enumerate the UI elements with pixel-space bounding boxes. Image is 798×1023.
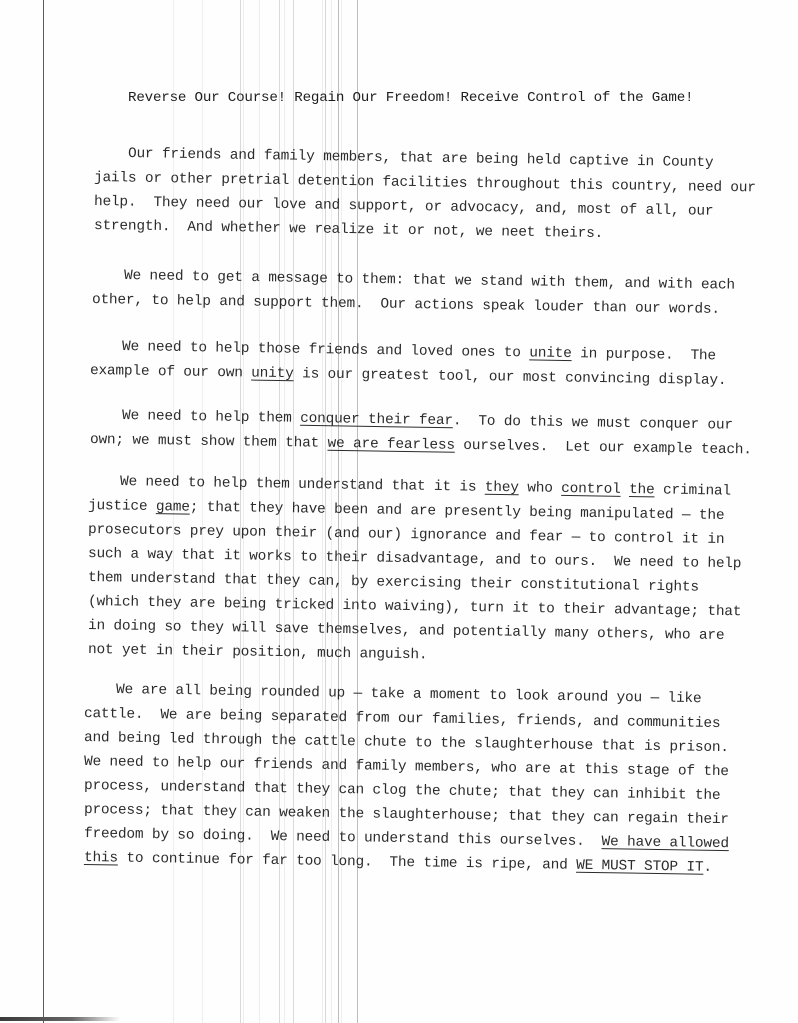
text-line: prosecutors prey upon their (and our) ig… — [88, 522, 725, 548]
text-span: own; we must show them that — [90, 432, 328, 452]
text-span: help. They need our love and support, or… — [94, 194, 714, 220]
text-span: to continue for far too long. The time i… — [118, 851, 576, 874]
underlined-text: conquer their fear — [300, 411, 453, 429]
text-span: example of our own — [90, 363, 251, 382]
text-line: them understand that they can, by exerci… — [88, 570, 699, 596]
text-span: criminal — [654, 482, 731, 499]
text-line: not yet in their position, much anguish. — [88, 642, 428, 663]
text-span: ourselves. Let our example teach. — [455, 438, 752, 459]
text-span: jails or other pretrial detention facili… — [94, 170, 756, 196]
text-line: justice game; that they have been and ar… — [88, 498, 725, 524]
text-span: process, understand that they can clog t… — [84, 778, 721, 804]
underlined-text: We have allowed — [601, 834, 729, 852]
text-span: and being led through the cattle chute t… — [84, 730, 729, 756]
text-span: who — [519, 480, 562, 497]
text-span: process; that they can weaken the slaugh… — [84, 802, 729, 828]
text-span: in doing so they will save themselves, a… — [88, 618, 725, 644]
scan-smudge — [0, 1017, 120, 1021]
text-line: process; that they can weaken the slaugh… — [84, 802, 729, 828]
underlined-text: they — [485, 480, 519, 497]
text-span: other, to help and support them. Our act… — [92, 292, 720, 318]
text-line: cattle. We are being separated from our … — [84, 706, 721, 732]
text-span: We need to help them understand that it … — [120, 474, 485, 496]
underlined-text: control — [561, 481, 621, 498]
text-span: them understand that they can, by exerci… — [88, 570, 699, 596]
text-span: cattle. We are being separated from our … — [84, 706, 721, 732]
text-span: Our friends and family members, that are… — [128, 146, 714, 171]
text-line: and being led through the cattle chute t… — [84, 730, 729, 756]
text-line: jails or other pretrial detention facili… — [94, 170, 756, 196]
document-title: Reverse Our Course! Regain Our Freedom! … — [128, 90, 693, 106]
text-line: We need to get a message to them: that w… — [124, 268, 735, 294]
text-span: We need to help them — [122, 408, 300, 427]
text-line: strength. And whether we realize it or n… — [94, 218, 603, 242]
text-span: strength. And whether we realize it or n… — [94, 218, 603, 242]
text-line: We need to help those friends and loved … — [122, 339, 716, 364]
text-line: process, understand that they can clog t… — [84, 778, 721, 804]
text-span: ; that they have been and are presently … — [190, 500, 725, 524]
text-span: We need to get a message to them: that w… — [124, 268, 735, 294]
text-span: We are all being rounded up — take a mom… — [116, 682, 702, 707]
underlined-text: unite — [529, 345, 572, 362]
underlined-text: game — [156, 499, 190, 516]
text-span: . To do this we must conquer our — [453, 413, 733, 433]
text-span: such a way that it works to their disadv… — [88, 546, 742, 572]
underlined-text: we are fearless — [327, 436, 455, 454]
text-line: We are all being rounded up — take a mom… — [116, 682, 702, 707]
text-span: prosecutors prey upon their (and our) ig… — [88, 522, 725, 548]
text-span: freedom by so doing. We need to understa… — [84, 826, 602, 850]
underlined-text: this — [84, 850, 118, 867]
text-line: We need to help them conquer their fear.… — [122, 408, 733, 434]
text-span: We need to help those friends and loved … — [122, 339, 530, 361]
text-line: example of our own unity is our greatest… — [90, 363, 727, 389]
scanned-page: Reverse Our Course! Regain Our Freedom! … — [0, 0, 798, 1023]
text-span: . — [703, 860, 712, 876]
text-line: other, to help and support them. Our act… — [92, 292, 720, 318]
text-span: in purpose. The — [572, 346, 716, 364]
text-span: We need to help our friends and family m… — [84, 754, 729, 780]
text-line: such a way that it works to their disadv… — [88, 546, 742, 572]
text-span: not yet in their position, much anguish. — [88, 642, 428, 663]
underlined-text: WE MUST STOP IT — [576, 858, 704, 876]
text-line: own; we must show them that we are fearl… — [90, 432, 752, 458]
page-left-edge — [43, 0, 44, 1023]
text-line: this to continue for far too long. The t… — [84, 850, 712, 876]
text-line: freedom by so doing. We need to understa… — [84, 826, 729, 852]
text-line: We need to help our friends and family m… — [84, 754, 729, 780]
text-line: Our friends and family members, that are… — [128, 146, 714, 171]
text-line: help. They need our love and support, or… — [94, 194, 714, 220]
text-line: We need to help them understand that it … — [120, 474, 731, 500]
underlined-text: the — [629, 482, 655, 498]
text-line: in doing so they will save themselves, a… — [88, 618, 725, 644]
text-span: justice — [88, 498, 156, 515]
text-span: is our greatest tool, our most convincin… — [294, 366, 727, 389]
underlined-text: unity — [251, 366, 294, 383]
text-line: (which they are being tricked into waivi… — [88, 594, 742, 620]
text-span: (which they are being tricked into waivi… — [88, 594, 742, 620]
